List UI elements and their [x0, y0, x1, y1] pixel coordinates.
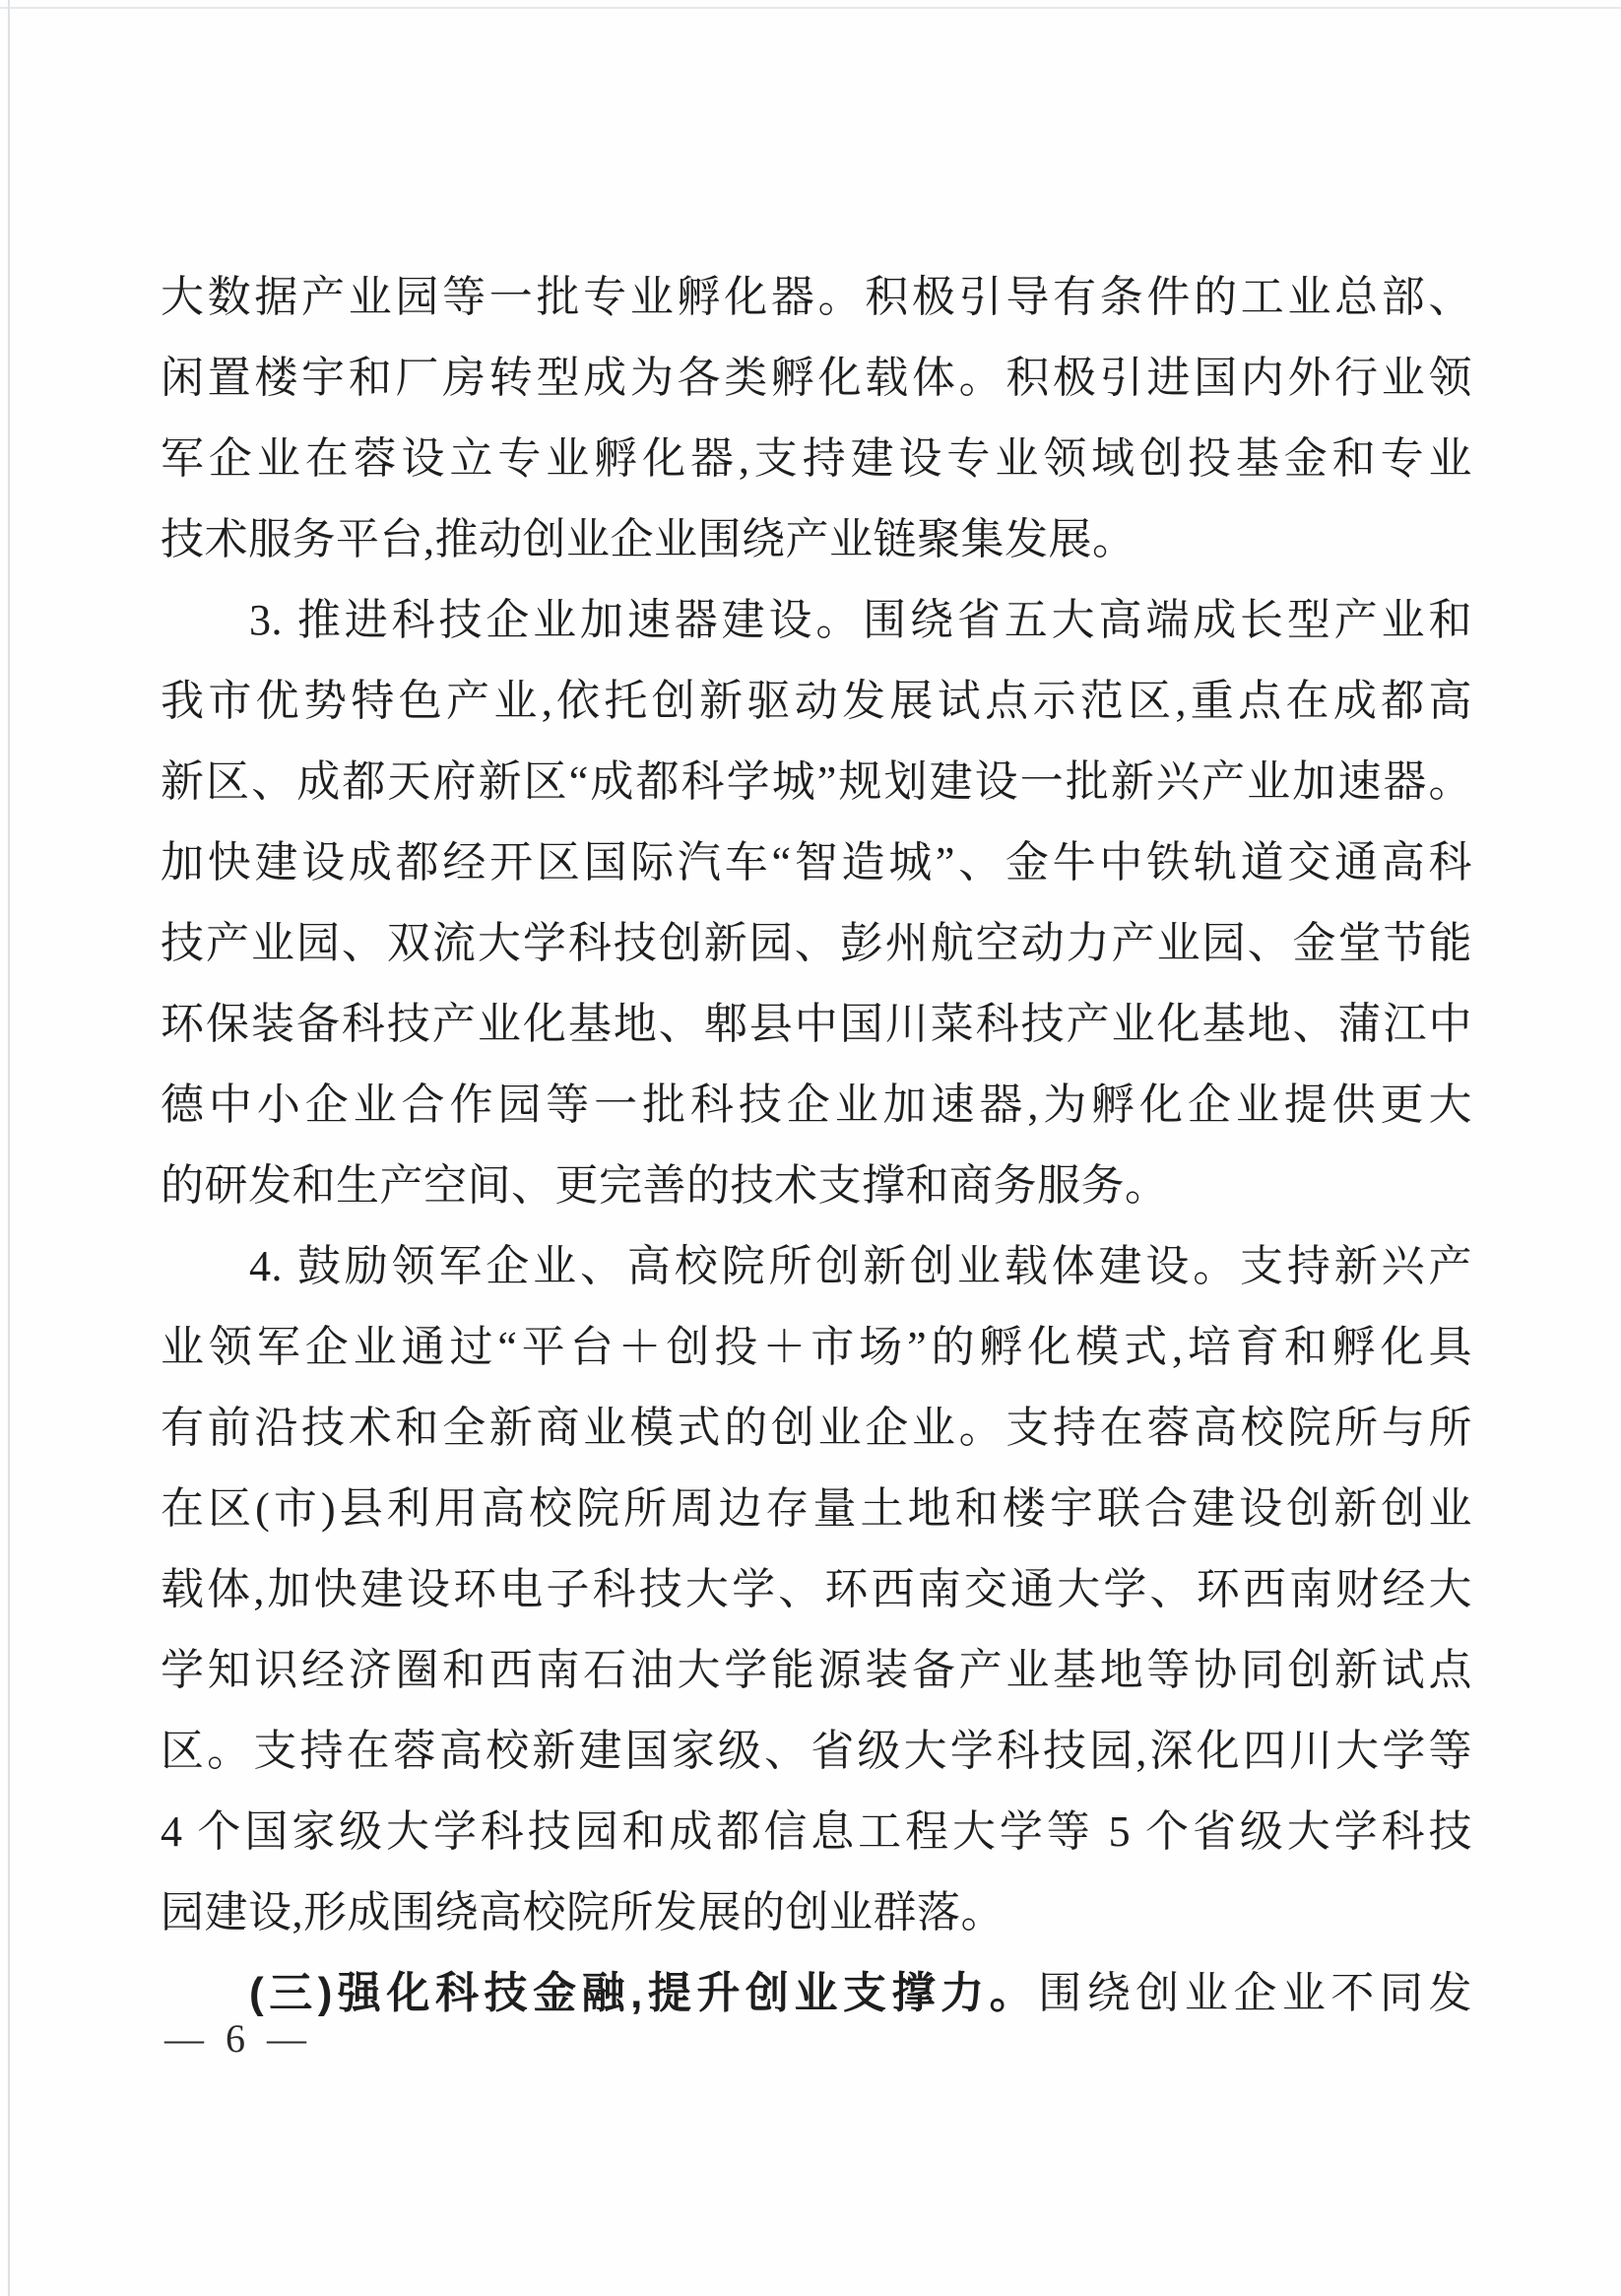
document-line: 4 个国家级大学科技园和成都信息工程大学等 5 个省级大学科技: [161, 1792, 1472, 1872]
document-line: 有前沿技术和全新商业模式的创业企业。支持在蓉高校院所与所: [161, 1388, 1472, 1469]
document-line: 军企业在蓉设立专业孵化器,支持建设专业领域创投基金和专业: [161, 419, 1472, 499]
document-line: 学知识经济圈和西南石油大学能源装备产业基地等协同创新试点: [161, 1630, 1472, 1711]
document-line: 我市优势特色产业,依托创新驱动发展试点示范区,重点在成都高: [161, 661, 1472, 742]
document-page: 大数据产业园等一批专业孵化器。积极引导有条件的工业总部、 闲置楼宇和厂房转型成为…: [0, 0, 1621, 2296]
document-line-numbered-item-4: 4. 鼓励领军企业、高校院所创新创业载体建设。支持新兴产: [161, 1226, 1472, 1307]
document-line: 载体,加快建设环电子科技大学、环西南交通大学、环西南财经大: [161, 1549, 1472, 1630]
document-line-numbered-item-3: 3. 推进科技企业加速器建设。围绕省五大高端成长型产业和: [161, 580, 1472, 661]
scan-edge-top: [0, 7, 1621, 9]
document-line: 德中小企业合作园等一批科技企业加速器,为孵化企业提供更大: [161, 1065, 1472, 1146]
section-body-text: 围绕创业企业不同发: [1038, 1969, 1472, 2017]
document-line: 技术服务平台,推动创业企业围绕产业链聚集发展。: [161, 499, 1472, 580]
document-line: 园建设,形成围绕高校院所发展的创业群落。: [161, 1872, 1472, 1953]
page-number: — 6 —: [164, 2015, 312, 2062]
document-line: 技产业园、双流大学科技创新园、彭州航空动力产业园、金堂节能: [161, 903, 1472, 984]
document-line: 加快建设成都经开区国际汽车“智造城”、金牛中铁轨道交通高科: [161, 822, 1472, 903]
document-line-section-heading: (三)强化科技金融,提升创业支撑力。围绕创业企业不同发: [161, 1953, 1472, 2034]
document-body: 大数据产业园等一批专业孵化器。积极引导有条件的工业总部、 闲置楼宇和厂房转型成为…: [161, 257, 1472, 2034]
document-line: 在区(市)县利用高校院所周边存量土地和楼宇联合建设创新创业: [161, 1469, 1472, 1549]
document-line: 大数据产业园等一批专业孵化器。积极引导有条件的工业总部、: [161, 257, 1472, 338]
document-line: 闲置楼宇和厂房转型成为各类孵化载体。积极引进国内外行业领: [161, 338, 1472, 419]
scan-edge-left: [8, 0, 10, 2296]
document-line: 业领军企业通过“平台＋创投＋市场”的孵化模式,培育和孵化具: [161, 1307, 1472, 1388]
document-line: 环保装备科技产业化基地、郫县中国川菜科技产业化基地、蒲江中: [161, 984, 1472, 1065]
document-line: 区。支持在蓉高校新建国家级、省级大学科技园,深化四川大学等: [161, 1711, 1472, 1792]
section-heading-text: (三)强化科技金融,提升创业支撑力。: [249, 1969, 1038, 2017]
document-line: 新区、成都天府新区“成都科学城”规划建设一批新兴产业加速器。: [161, 742, 1472, 822]
document-line: 的研发和生产空间、更完善的技术支撑和商务服务。: [161, 1146, 1472, 1226]
